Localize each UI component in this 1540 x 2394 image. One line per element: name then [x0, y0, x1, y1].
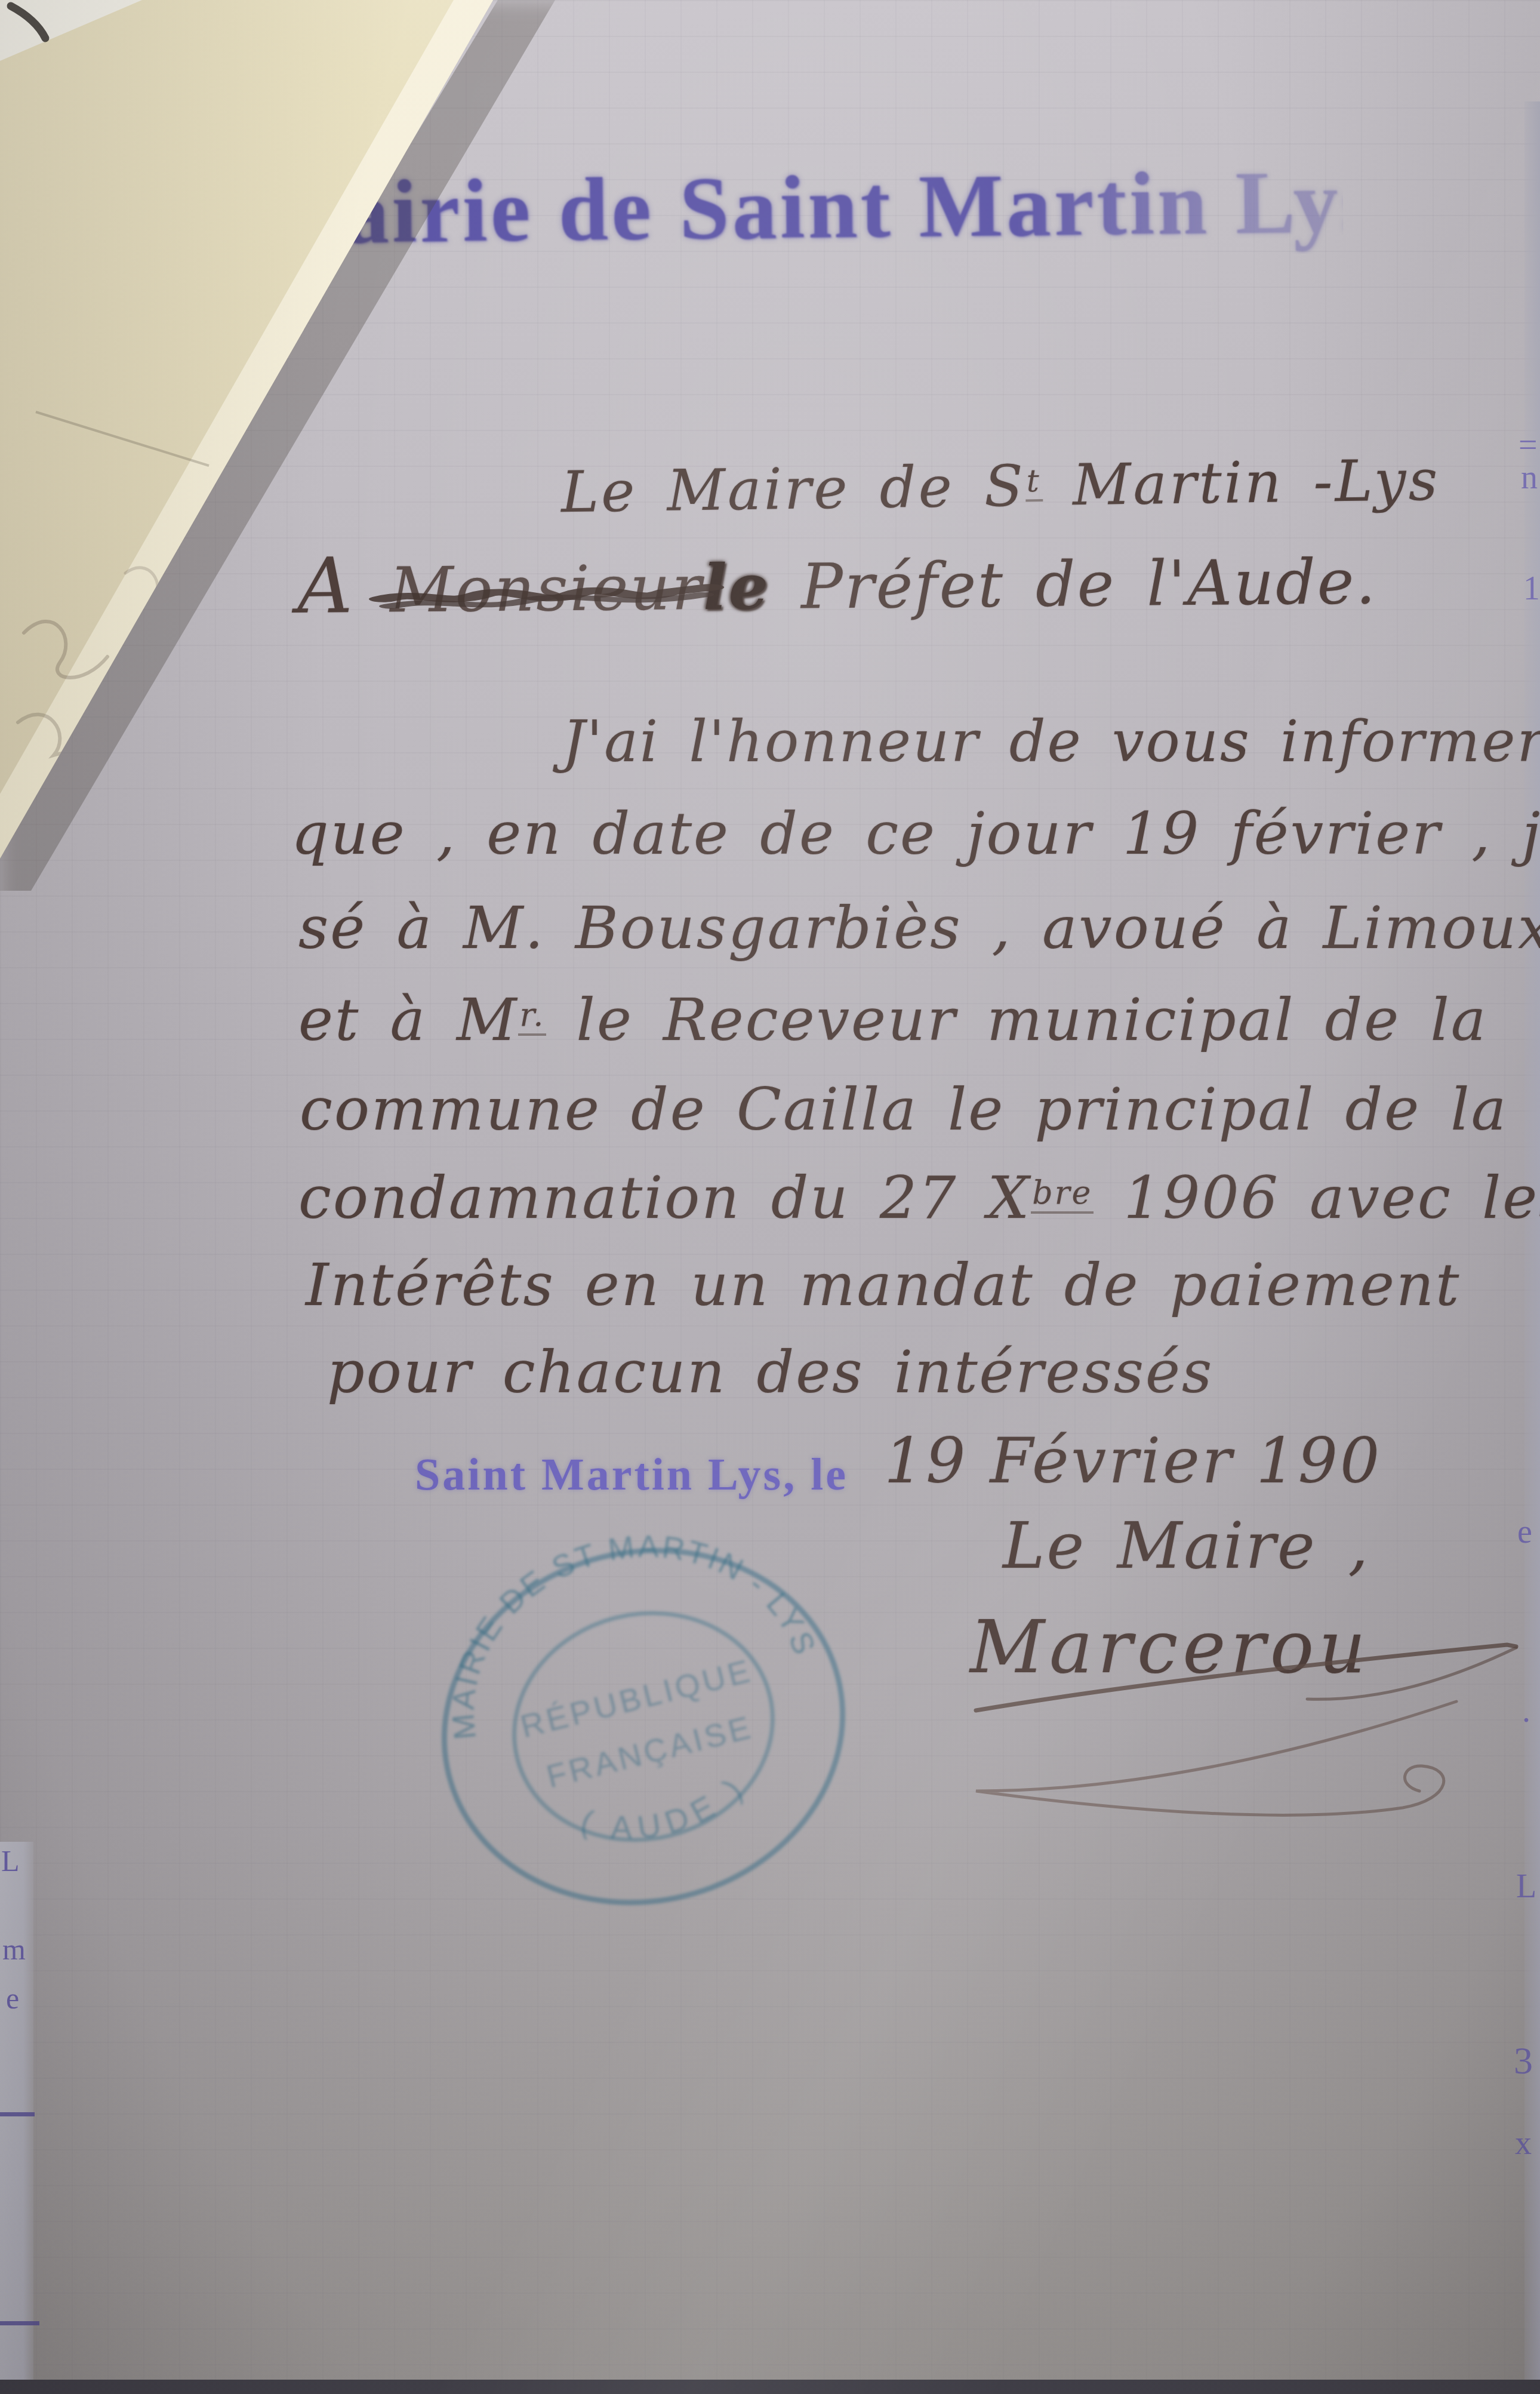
heading-recipient-text: Préfet de l'Aude. — [769, 545, 1378, 623]
mairie-header-stamp-text: Mairie de Saint Martin Lys — [256, 152, 1379, 263]
body-line: et à Mr. le Receveur municipal de la — [298, 986, 1487, 1054]
body-line: sé à M. Bousgarbiès , avoué à Limoux — [298, 894, 1540, 962]
heading-sender-line: Le Maire de St Martin -Lys — [560, 448, 1440, 526]
edge-mark: n — [1521, 461, 1538, 494]
body-line: Intérêts en un mandat de paiement — [306, 1251, 1461, 1319]
body-line-sup: bre — [1031, 1174, 1094, 1214]
handwritten-date: 19 Février 190 — [884, 1424, 1382, 1497]
edge-mark: e — [6, 1983, 19, 2013]
top-left-pen-mark — [0, 0, 143, 72]
edge-mark: L — [1516, 1870, 1536, 1903]
body-line-text: sé à M. Bousgarbiès , avoué à Limoux — [298, 894, 1540, 962]
edge-mark: e — [1517, 1515, 1532, 1549]
heading-sender-text-2: Martin -Lys — [1042, 448, 1440, 519]
edge-mark: m — [2, 1934, 26, 1964]
body-line-text-2: 1906 avec les — [1094, 1164, 1540, 1232]
edge-mark: = — [1519, 429, 1538, 462]
signature-name: Marcerou — [970, 1605, 1370, 1690]
dateline: Saint Martin Lys, le 19 Février 190 — [415, 1432, 1382, 1504]
edge-line-mark — [0, 2112, 35, 2116]
closing-title: Le Maire , — [1003, 1509, 1370, 1583]
round-municipal-stamp: MAIRIE DE ST MARTIN - LYS ( AUDE ) RÉPUB… — [405, 1530, 894, 1947]
heading-sender-sup: t — [1025, 463, 1043, 501]
body-line-text: J'ai l'honneur de vous informer — [562, 709, 1540, 775]
edge-mark: 3 — [1514, 2042, 1533, 2080]
body-line-text: pour chacun des intéressés — [327, 1338, 1213, 1407]
heading-recipient-line: A Monsieurle Préfet de l'Aude. — [297, 533, 1377, 631]
heading-sender-text: Le Maire de S — [560, 453, 1025, 525]
body-line: commune de Cailla le principal de la — [300, 1076, 1508, 1144]
place-date-stamp: Saint Martin Lys, le — [415, 1449, 848, 1501]
body-line-text: et à M — [298, 986, 518, 1054]
edge-line-mark — [0, 2321, 39, 2325]
body-line-text: commune de Cailla le principal de la — [300, 1076, 1508, 1144]
body-line-text-2: le Receveur municipal de la — [546, 986, 1487, 1054]
body-line: pour chacun des intéressés — [327, 1338, 1213, 1407]
edge-mark: 1 — [1523, 572, 1540, 605]
body-line-text: condamnation du 27 X — [298, 1164, 1031, 1232]
body-line: J'ai l'honneur de vous informer — [562, 709, 1540, 775]
body-line-text: Intérêts en un mandat de paiement — [306, 1251, 1461, 1319]
heading-recipient-prefix: A — [297, 541, 390, 631]
mairie-header-stamp: Mairie de Saint Martin Lys — [256, 150, 1344, 264]
edge-mark: x — [1515, 2127, 1532, 2160]
struck-word-wrap: Monsieur — [390, 551, 704, 627]
photo-bottom-edge — [0, 2380, 1540, 2394]
body-line-text: que , en date de ce jour 19 février , j'… — [291, 800, 1540, 868]
strikethrough-scribble — [377, 551, 716, 627]
left-edge-underlying-page — [0, 1842, 33, 2394]
body-line-sup: r. — [518, 996, 546, 1036]
body-line: condamnation du 27 Xbre 1906 avec les — [298, 1164, 1540, 1232]
letter-photo: = n 1 e . L 3 x L m e Mairie de Saint Ma… — [0, 0, 1540, 2394]
edge-mark: . — [1522, 1694, 1530, 1728]
body-line: que , en date de ce jour 19 février , j'… — [291, 800, 1540, 868]
edge-mark: L — [1, 1846, 20, 1876]
